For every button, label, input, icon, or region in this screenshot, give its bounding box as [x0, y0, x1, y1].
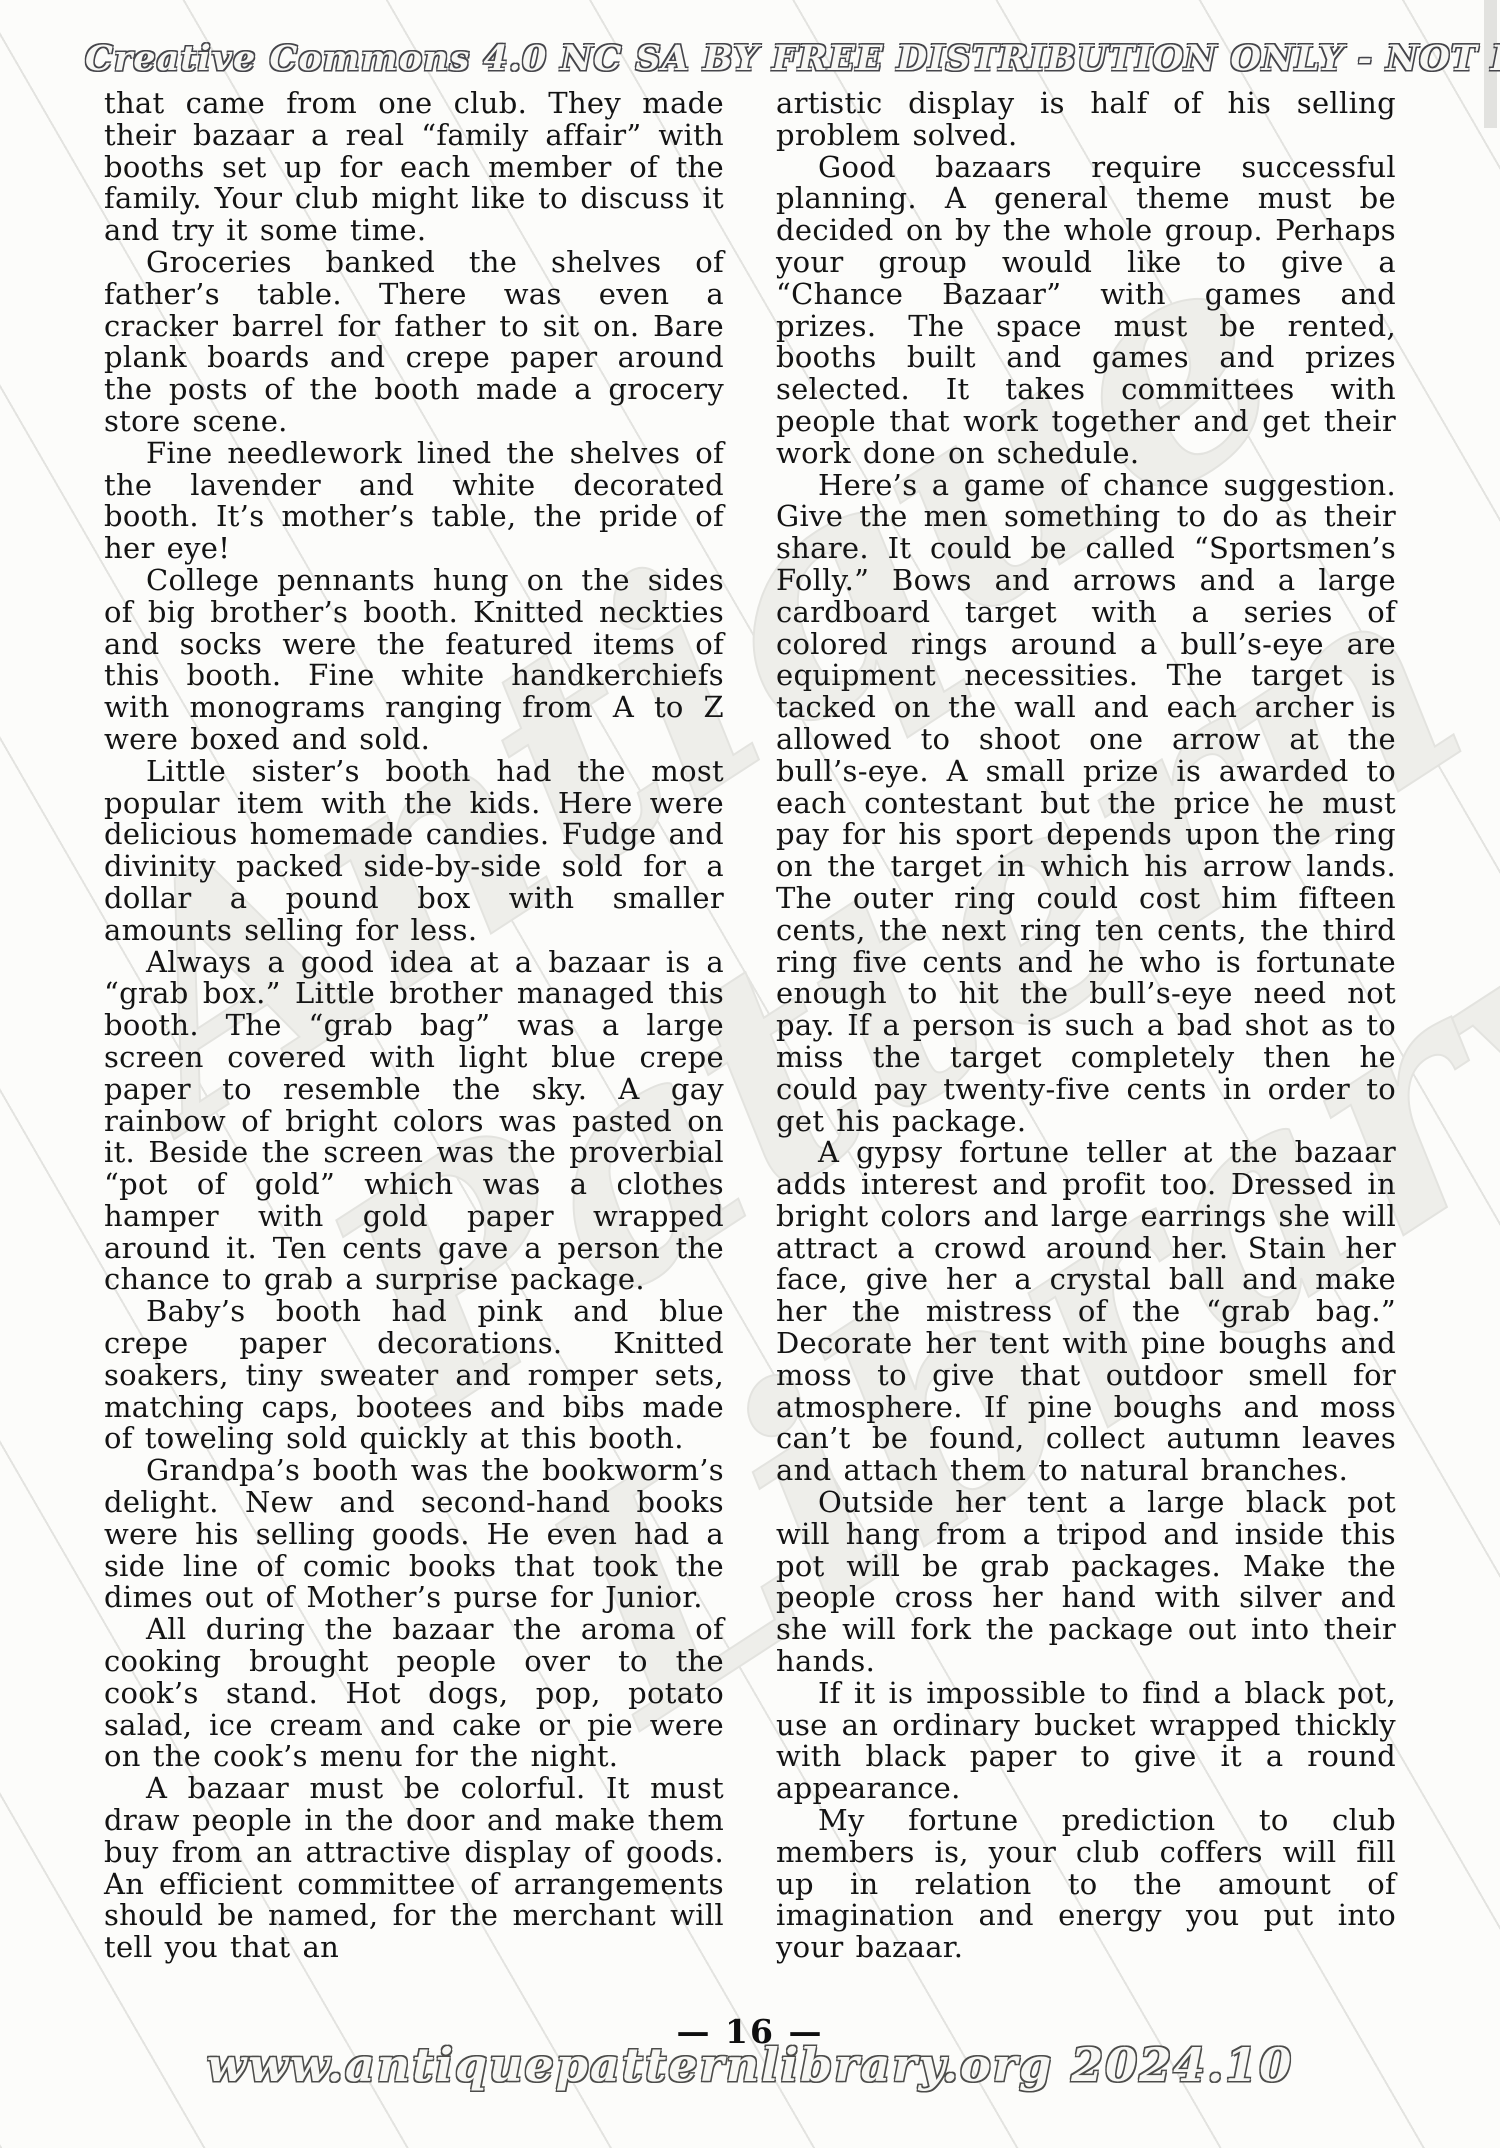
left-column: that came from one club. They made their… — [104, 88, 724, 1964]
paragraph: If it is impossible to find a black pot,… — [776, 1678, 1396, 1805]
paragraph: College pennants hung on the sides of bi… — [104, 565, 724, 756]
paragraph: Little sister’s booth had the most popul… — [104, 756, 724, 947]
paragraph: Good bazaars require successful planning… — [776, 152, 1396, 470]
paragraph: Always a good idea at a bazaar is a “gra… — [104, 947, 724, 1297]
paragraph: that came from one club. They made their… — [104, 88, 724, 247]
page-number: — 16 — — [0, 2012, 1500, 2051]
paragraph: A bazaar must be colorful. It must draw … — [104, 1773, 724, 1964]
license-banner: Creative Commons 4.0 NC SA BY FREE DISTR… — [85, 38, 1415, 79]
paragraph: Groceries banked the shelves of father’s… — [104, 247, 724, 438]
paragraph: Grandpa’s booth was the bookworm’s delig… — [104, 1455, 724, 1614]
paragraph: All during the bazaar the aroma of cooki… — [104, 1614, 724, 1773]
right-column: artistic display is half of his selling … — [776, 88, 1396, 1964]
paragraph: A gypsy fortune teller at the bazaar add… — [776, 1137, 1396, 1487]
paragraph: My fortune prediction to club members is… — [776, 1805, 1396, 1964]
paragraph: Baby’s booth had pink and blue crepe pap… — [104, 1296, 724, 1455]
paragraph: artistic display is half of his selling … — [776, 88, 1396, 152]
paragraph: Fine needlework lined the shelves of the… — [104, 438, 724, 565]
scanned-page: { "header": { "license": "Creative Commo… — [0, 0, 1500, 2148]
paragraph: Outside her tent a large black pot will … — [776, 1487, 1396, 1678]
paragraph: Here’s a game of chance suggestion. Give… — [776, 470, 1396, 1138]
text-columns: that came from one club. They made their… — [104, 88, 1396, 1964]
